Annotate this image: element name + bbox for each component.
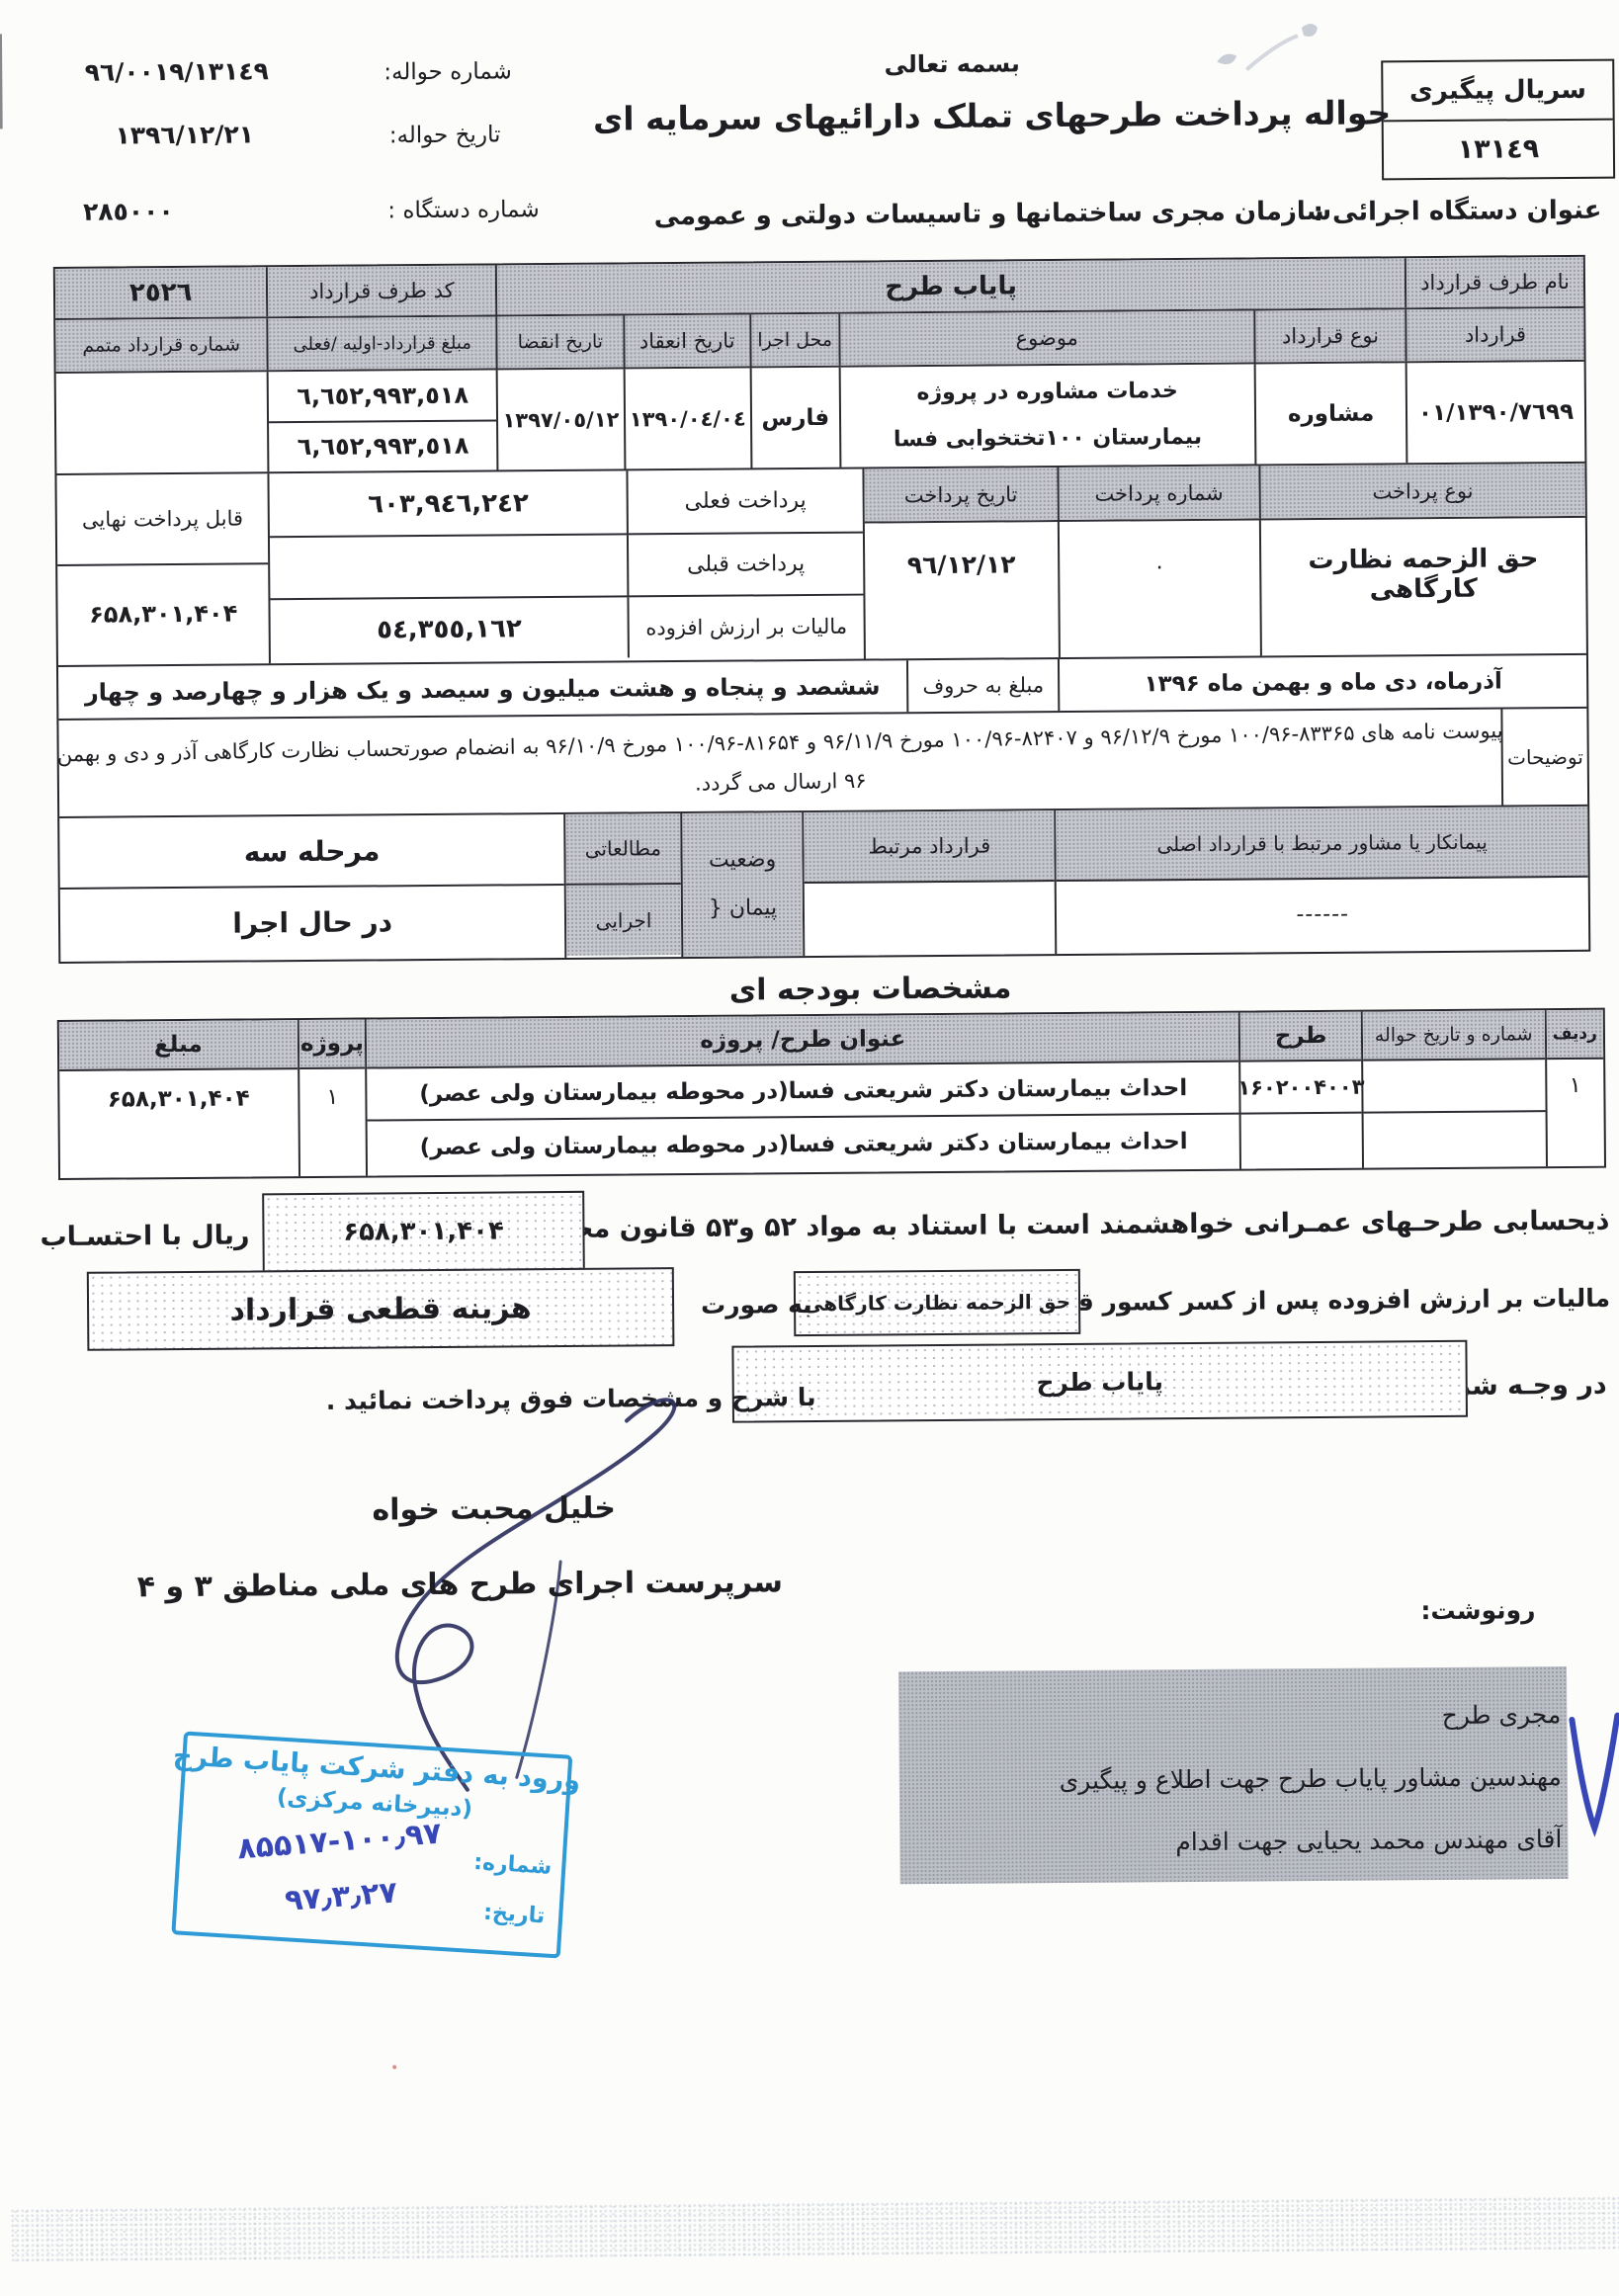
- state-study-label: مطالعاتی: [565, 813, 680, 886]
- budget-rowno-value: ۱: [1547, 1060, 1604, 1164]
- budget-ref-header: شماره و تاریخ حواله: [1363, 1010, 1545, 1061]
- vat-value: ٥٤,٣٥٥,١٦٢: [271, 597, 628, 660]
- final-payable-value: ۶۵۸,۳۰۱,۴۰۴: [57, 564, 269, 663]
- copy-item-3: آقای مهندس محمد یحیایی جهت اقدام: [899, 1825, 1568, 1858]
- document-content: سریال پیگیری ١٣١٤٩ بسمه تعالی حواله پردا…: [0, 0, 1619, 2296]
- budget-ref-row2: [1363, 1112, 1545, 1165]
- payment-right-group: نوع پرداخت شماره پرداخت تاریخ پرداخت حق …: [862, 464, 1586, 659]
- device-number-label: شماره دستگاه :: [387, 197, 551, 223]
- payment-block: نوع پرداخت شماره پرداخت تاریخ پرداخت حق …: [56, 464, 1585, 667]
- budget-plan-code: ۱۶۰۲۰۰۴۰۰۳: [1241, 1062, 1362, 1115]
- stamp-date-handwritten: ۹۷٫۳٫۲۷: [236, 1872, 446, 1922]
- budget-project-column: پروژه ۱: [297, 1020, 366, 1177]
- exec-agency-label: عنوان دستگاه اجرائی :: [1313, 196, 1601, 227]
- col-contract-type: نوع قرارداد: [1253, 309, 1405, 362]
- payment-date-value: ٩٦/١٢/١٢: [865, 522, 1060, 659]
- stamp-number-label: شماره:: [473, 1850, 554, 1880]
- budget-ref-column: شماره و تاریخ حواله: [1361, 1010, 1546, 1167]
- party-name-value: پایاب طرح: [495, 258, 1405, 314]
- notes-row: توضیحات پیوست نامه های ۸۳۳۶۵-۱۰۰/۹۶ مورخ…: [58, 709, 1587, 818]
- final-payable-label: قابل پرداخت نهایی: [56, 473, 268, 566]
- budget-rowno-column: ردیف ۱: [1544, 1010, 1604, 1166]
- status-row: پیمانکار یا مشاور مرتبط با قرارداد اصلی …: [59, 807, 1588, 962]
- budget-plan-column: طرح ۱۶۰۲۰۰۴۰۰۳: [1238, 1012, 1362, 1169]
- scan-edge-artifact: [0, 34, 3, 128]
- scanned-payment-order-document: سریال پیگیری ١٣١٤٩ بسمه تعالی حواله پردا…: [0, 0, 1619, 2296]
- copy-item-1: مجری طرح: [898, 1700, 1567, 1734]
- col-location: محل اجرا: [749, 314, 838, 367]
- payment-subject-box: حق الزحمه نظارت کارگاهی: [794, 1269, 1081, 1336]
- copy-to-label: رونوشت:: [1420, 1595, 1535, 1625]
- notes-line-2: ۹۶ ارسال می گردد.: [695, 761, 867, 804]
- page-title: حواله پرداخت طرحهای تملک دارائیهای سرمای…: [547, 88, 1436, 142]
- contract-subject-value: خدمات مشاوره در پروژه بیمارستان ۱۰۰تختخو…: [838, 364, 1254, 467]
- contract-type-value: مشاوره: [1254, 363, 1406, 464]
- signer-role: سرپرست اجرای طرح های ملی مناطق ۳ و ۴: [104, 1558, 815, 1611]
- payment-middle-group: پرداخت فعلی ٦٠٣,٩٤٦,٢٤٢ پرداخت قبلی مالی…: [268, 469, 864, 664]
- expense-type-box: هزینه قطعی قرارداد: [87, 1267, 675, 1351]
- current-payment-label: پرداخت فعلی: [627, 469, 863, 534]
- budget-ref-row1: [1363, 1060, 1545, 1113]
- related-contract-label: قرارداد مرتبط: [805, 810, 1056, 884]
- authorization-line1-tail: ریال با احتسـاب: [40, 1220, 249, 1252]
- col-contract-amount: مبلغ قرارداد-اولیه /فعلی: [267, 316, 496, 370]
- copy-item-2: مهندسین مشاور پایاب طرح جهت اطلاع و پیگی…: [899, 1762, 1568, 1796]
- copy-to-box: مجری طرح مهندسین مشاور پایاب طرح جهت اطل…: [898, 1666, 1569, 1884]
- amount-words-value: ششصد و پنجاه و هشت میلیون و سیصد و یک هز…: [58, 660, 906, 719]
- phase-value: مرحله سه: [59, 814, 564, 890]
- state-options-column: مطالعاتی اجرایی: [563, 813, 681, 958]
- scan-noise-band: [10, 2196, 1619, 2262]
- related-contractor-value: ------: [1057, 878, 1588, 952]
- payment-type-label: نوع پرداخت: [1258, 464, 1585, 519]
- previous-payment-label: پرداخت قبلی: [627, 534, 863, 596]
- authorization-amount-box: ۶۵۸,۳۰۱,۴۰۴: [262, 1191, 585, 1273]
- havale-number-value: ٩٦/٠٠١٩/١٣١٤٩: [80, 56, 273, 87]
- contract-state-label-line1: وضعیت: [709, 836, 777, 885]
- state-executive-label: اجرایی: [566, 885, 681, 956]
- budget-title-row2: احداث بیمارستان دکتر شریعتی فسا(در محوطه…: [368, 1115, 1239, 1174]
- party-name-label: نام طرف قرارداد: [1405, 257, 1583, 307]
- budget-amount-value: ۶۵۸,۳۰۱,۴۰۴: [59, 1069, 298, 1176]
- company-entry-stamp: ورود به دفتر شرکت پایاب طرح (دبیرخانه مر…: [171, 1732, 572, 1959]
- contract-state-label-cell: وضعیت پیمان {: [680, 812, 804, 957]
- havale-date-value: ١٣٩٦/١٢/٢١: [101, 120, 269, 149]
- phase-column: مرحله سه در حال اجرا: [59, 814, 564, 962]
- col-sign-date: تاریخ انعقاد: [623, 314, 750, 367]
- budget-title-header: عنوان طرح/ پروژه: [367, 1013, 1238, 1069]
- related-contractor-column: پیمانکار یا مشاور مرتبط با قرارداد اصلی …: [1055, 807, 1589, 954]
- checkmark-icon: [1562, 1706, 1619, 1854]
- payment-left-group: قابل پرداخت نهایی ۶۵۸,۳۰۱,۴۰۴: [56, 473, 269, 665]
- col-contract: قرارداد: [1405, 308, 1583, 361]
- contract-amount-initial: ٦,٦٥٢,٩٩٣,٥١٨: [269, 370, 496, 422]
- notes-label: توضیحات: [1501, 709, 1587, 806]
- payment-type-value: حق الزحمه نظارت کارگاهی: [1259, 518, 1586, 656]
- stamp-number-handwritten: ۸۵۵۱۷-۱۰۰٫۹۷: [191, 1813, 489, 1870]
- budget-section-title: مشخصات بودجه ای: [652, 967, 1087, 1011]
- amount-words-label: مبلغ به حروف: [906, 659, 1058, 712]
- payment-period-value: آذرماه، دی ماه و بهمن ماه ۱۳۹۶: [1058, 655, 1586, 711]
- vat-label: مالیات بر ارزش افزوده: [628, 596, 864, 658]
- budget-table: ردیف ۱ شماره و تاریخ حواله طرح ۱۶۰۲۰۰۴۰۰…: [57, 1008, 1606, 1180]
- device-number-value: ٢٨٥٠٠٠: [71, 197, 185, 226]
- col-subject: موضوع: [838, 310, 1254, 365]
- budget-plan-header: طرح: [1240, 1012, 1361, 1063]
- signer-name: خلیل محبت خواه: [321, 1486, 667, 1532]
- stamp-date-label: تاریخ:: [482, 1901, 546, 1929]
- related-contractor-label: پیمانکار یا مشاور مرتبط با قرارداد اصلی: [1057, 807, 1588, 882]
- havale-date-label: تاریخ حواله:: [389, 122, 538, 148]
- contract-amount-current: ٦,٦٥٢,٩٩٣,٥١٨: [269, 421, 496, 471]
- bismillah: بسمه تعالی: [784, 45, 1120, 84]
- current-payment-value: ٦٠٣,٩٤٦,٢٤٢: [270, 470, 627, 536]
- contract-table: نام طرف قرارداد پایاب طرح کد طرف قرارداد…: [53, 255, 1590, 964]
- contract-amount-cell: ٦,٦٥٢,٩٩٣,٥١٨ ٦,٦٥٢,٩٩٣,٥١٨: [267, 370, 497, 471]
- party-code-value: ٢٥٢٦: [55, 267, 267, 318]
- related-contract-column: قرارداد مرتبط: [803, 810, 1056, 956]
- related-contract-value: [805, 882, 1056, 954]
- budget-amount-header: مبلغ: [59, 1020, 298, 1071]
- havale-number-label: شماره حواله:: [383, 58, 542, 85]
- payment-number-value: ٠: [1058, 520, 1260, 657]
- contract-expiry-date-value: ١٣٩٧/٠٥/١٢: [496, 369, 624, 469]
- authorization-line2-mid: به صورت: [701, 1290, 812, 1319]
- payment-date-label: تاریخ پرداخت: [864, 468, 1058, 522]
- budget-project-header: پروژه: [298, 1020, 365, 1070]
- party-code-label: کد طرف قرارداد: [266, 265, 495, 316]
- budget-title-column: عنوان طرح/ پروژه احداث بیمارستان دکتر شر…: [365, 1013, 1239, 1176]
- budget-project-value: ۱: [299, 1069, 367, 1175]
- progress-value: در حال اجرا: [60, 886, 565, 960]
- supplement-number-value: [56, 372, 268, 473]
- col-supplement-no: شماره قرارداد متمم: [55, 318, 267, 372]
- notes-body: پیوست نامه های ۸۳۳۶۵-۱۰۰/۹۶ مورخ ۹۶/۱۲/۹…: [58, 703, 1502, 822]
- contract-values-row: ٠١/١٣٩٠/٧٦٩٩ مشاوره خدمات مشاوره در پروژ…: [56, 362, 1585, 475]
- budget-plan-empty: [1241, 1114, 1362, 1167]
- budget-rowno-header: ردیف: [1546, 1010, 1603, 1060]
- contract-location-value: فارس: [750, 368, 839, 468]
- budget-amount-column: مبلغ ۶۵۸,۳۰۱,۴۰۴: [59, 1020, 298, 1178]
- budget-title-row1: احداث بیمارستان دکتر شریعتی فسا(در محوطه…: [367, 1063, 1238, 1122]
- contract-sign-date-value: ١٣٩٠/٠٤/٠٤: [623, 368, 750, 468]
- col-expiry-date: تاریخ انقضا: [496, 315, 624, 368]
- contract-number-value: ٠١/١٣٩٠/٧٦٩٩: [1406, 362, 1585, 463]
- payment-number-label: شماره پرداخت: [1058, 466, 1259, 520]
- scan-red-dot: [392, 2065, 396, 2069]
- contract-state-label-line2: پیمان {: [709, 885, 778, 933]
- org-subtitle: سازمان مجری ساختمانها و تاسیسات دولتی و …: [548, 191, 1437, 237]
- previous-payment-value: [270, 535, 627, 598]
- payee-company-box: پایاب طرح: [731, 1340, 1468, 1423]
